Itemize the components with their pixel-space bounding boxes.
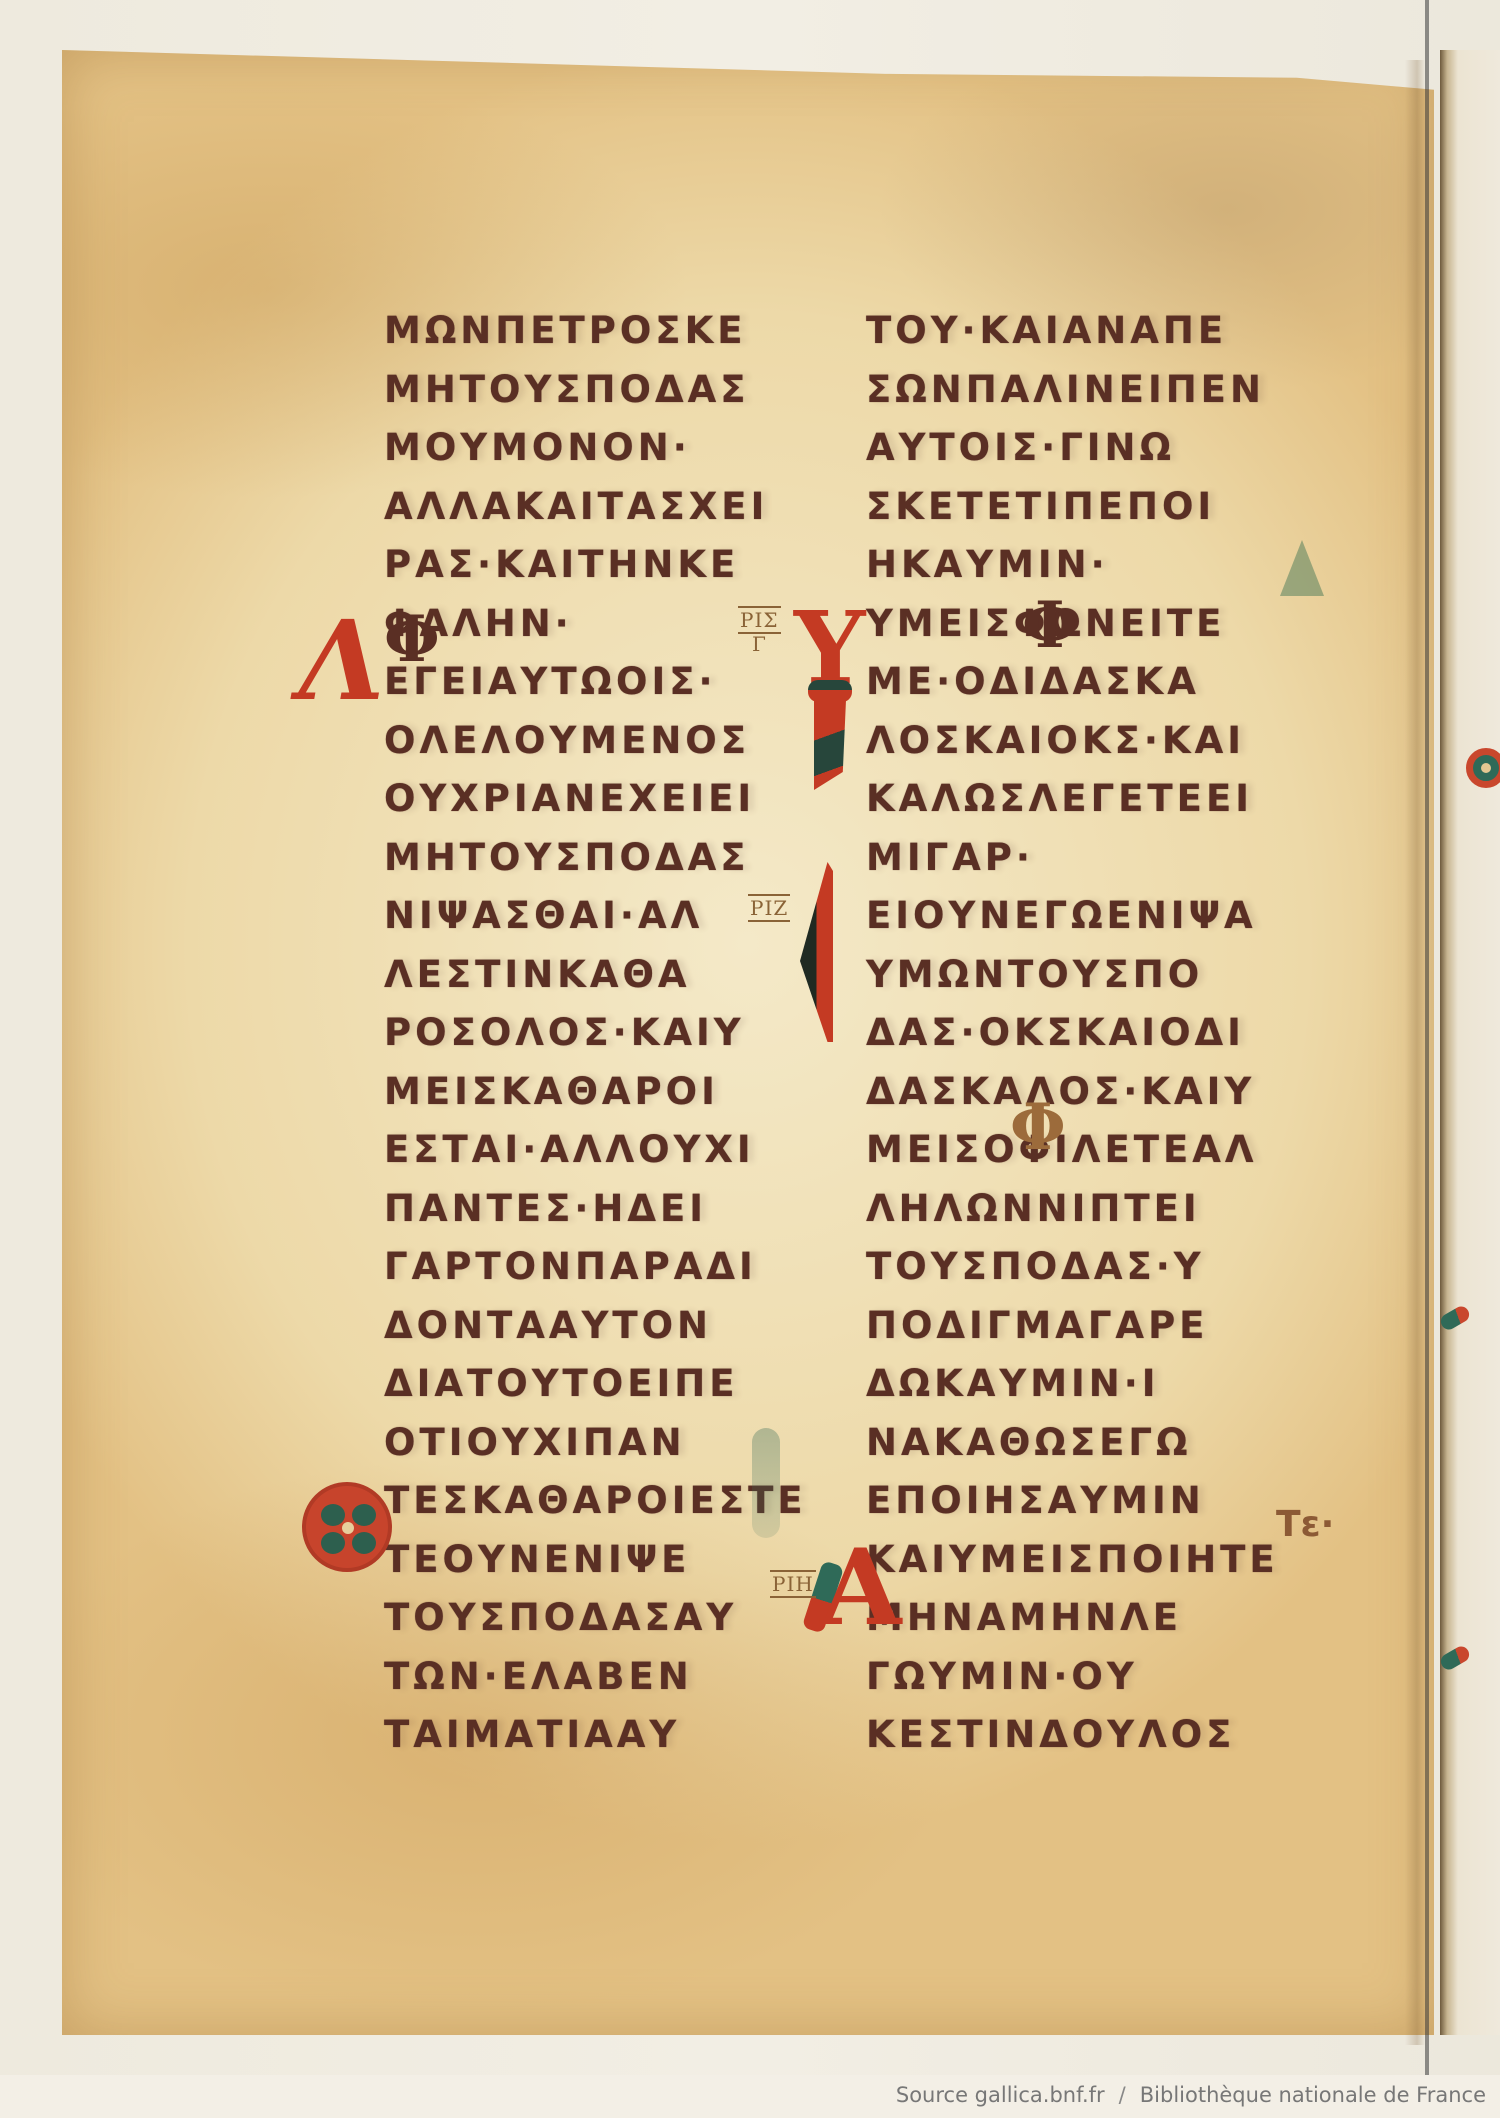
phi-letter-icon: Φ (1022, 588, 1078, 663)
manuscript-line: ΡΑΣ·ΚΑΙΤΗΝΚΕ (384, 536, 807, 595)
manuscript-line: ΔΟΝΤΑΑΥΤΟΝ (384, 1297, 807, 1356)
show-through-ornament-icon (1280, 540, 1324, 596)
manuscript-line: ΣΚΕΤΕΤΙΠΕΠΟΙ (866, 478, 1279, 537)
text-column-left: ΜΩΝΠΕΤΡΟΣΚΕ ΜΗΤΟΥΣΠΟΔΑΣ ΜΟΥΜΟΝΟΝ· ΑΛΛΑΚΑ… (384, 302, 807, 1765)
manuscript-line: ΚΑΛΩΣΛΕΓΕΤΕΕΙ (866, 770, 1279, 829)
manuscript-line: ΔΑΣ·ΟΚΣΚΑΙΟΔΙ (866, 1004, 1279, 1063)
manuscript-line: ΕΓΕΙΑΥΤΩΟΙΣ· (384, 653, 807, 712)
manuscript-line: ΜΗΤΟΥΣΠΟΔΑΣ (384, 361, 807, 420)
phi-letter-icon: Φ (384, 602, 440, 677)
manuscript-line: ΜΕΙΣΚΑΘΑΡΟΙ (384, 1063, 807, 1122)
manuscript-line: ΤΟΥΣΠΟΔΑΣ·Υ (866, 1238, 1279, 1297)
manuscript-line: ΤΟΥ·ΚΑΙΑΝΑΠΕ (866, 302, 1279, 361)
manuscript-line: ΛΕΣΤΙΝΚΑΘΑ (384, 946, 807, 1005)
manuscript-line: ΤΕΟΥΝΕΝΙΨΕ (384, 1531, 807, 1590)
manuscript-line: ΜΙΓΑΡ· (866, 829, 1279, 888)
manuscript-line: ΚΑΙΥΜΕΙΣΠΟΙΗΤΕ (866, 1531, 1279, 1590)
manuscript-line: ΝΑΚΑΘΩΣΕΓΩ (866, 1414, 1279, 1473)
roundel-ornament-icon (302, 1482, 392, 1572)
roundel-petal-icon (321, 1504, 345, 1526)
manuscript-line: ΕΣΤΑΙ·ΑΛΛΟΥΧΙ (384, 1121, 807, 1180)
roundel-petal-icon (352, 1504, 376, 1526)
lection-mark-icon (752, 1428, 780, 1538)
facing-leaf-roundel-icon (1466, 748, 1500, 788)
manuscript-line: ΟΥΧΡΙΑΝΕΧΕΙΕΙ (384, 770, 807, 829)
manuscript-line: ΚΕΣΤΙΝΔΟΥΛΟΣ (866, 1706, 1279, 1765)
manuscript-line: ΗΚΑΥΜΙΝ· (866, 536, 1279, 595)
initial-alpha-icon: Α (820, 1535, 901, 1640)
manuscript-line: ΔΑΣΚΑΛΟΣ·ΚΑΙΥ (866, 1063, 1279, 1122)
manuscript-line: ΜΕΙΣΟΦΙΛΕΤΕΑΛ (866, 1121, 1279, 1180)
manuscript-line: ΕΙΟΥΝΕΓΩΕΝΙΨΑ (866, 887, 1279, 946)
manuscript-line: ΜΗΝΑΜΗΝΛΕ (866, 1589, 1279, 1648)
manuscript-line: ΣΩΝΠΑΛΙΝΕΙΠΕΝ (866, 361, 1279, 420)
marginal-note-ris: ΡΙΣ Γ (738, 608, 781, 656)
roundel-center-icon (342, 1522, 354, 1534)
manuscript-line: ΑΥΤΟΙΣ·ΓΙΝΩ (866, 419, 1279, 478)
manuscript-line: ΥΜΩΝΤΟΥΣΠΟ (866, 946, 1279, 1005)
manuscript-line: ΜΩΝΠΕΤΡΟΣΚΕ (384, 302, 807, 361)
gutter-shadow (1405, 60, 1425, 2045)
manuscript-line: ΠΑΝΤΕΣ·ΗΔΕΙ (384, 1180, 807, 1239)
manuscript-line: ΟΛΕΛΟΥΜΕΝΟΣ (384, 712, 807, 771)
source-link[interactable]: Source gallica.bnf.fr (896, 2080, 1105, 2110)
facing-leaf-edge (1440, 50, 1500, 2035)
manuscript-line: ΑΛΛΑΚΑΙΤΑΣΧΕΙ (384, 478, 807, 537)
institution-name: Bibliothèque nationale de France (1140, 2080, 1486, 2110)
marginal-note-sub: Γ (738, 632, 767, 656)
manuscript-line: ΠΟΔΙΓΜΑΓΑΡΕ (866, 1297, 1279, 1356)
manuscript-line: ΛΟΣΚΑΙΟΚΣ·ΚΑΙ (866, 712, 1279, 771)
initial-upsilon-knot-icon (808, 680, 852, 702)
manuscript-line: ΝΙΨΑΣΘΑΙ·ΑΛ (384, 887, 807, 946)
marginal-note-text: ΡΙΣ (738, 606, 781, 634)
phi-letter-icon: Φ (1010, 1090, 1066, 1165)
manuscript-line: ΓΩΥΜΙΝ·ΟΥ (866, 1648, 1279, 1707)
rubric-addition: Τε· (1276, 1504, 1334, 1545)
marginal-note-text: ΡΙΗ (770, 1570, 816, 1598)
manuscript-line: ΤΟΥΣΠΟΔΑΣΑΥ (384, 1589, 807, 1648)
source-credit: Source gallica.bnf.fr / Bibliothèque nat… (896, 2080, 1486, 2110)
manuscript-line: ΤΕΣΚΑΘΑΡΟΙΕΣΤΕ (384, 1472, 807, 1531)
manuscript-line: ΔΙΑΤΟΥΤΟΕΙΠΕ (384, 1355, 807, 1414)
manuscript-line: ΤΑΙΜΑΤΙΑΑΥ (384, 1706, 807, 1765)
text-column-right: ΤΟΥ·ΚΑΙΑΝΑΠΕ ΣΩΝΠΑΛΙΝΕΙΠΕΝ ΑΥΤΟΙΣ·ΓΙΝΩ Σ… (866, 302, 1279, 1765)
roundel-petal-icon (321, 1532, 345, 1554)
manuscript-line: ΛΗΛΩΝΝΙΠΤΕΙ (866, 1180, 1279, 1239)
manuscript-line: ΟΤΙΟΥΧΙΠΑΝ (384, 1414, 807, 1473)
manuscript-line: ΔΩΚΑΥΜΙΝ·Ι (866, 1355, 1279, 1414)
credit-separator: / (1119, 2080, 1126, 2110)
marginal-note-riz: ΡΙΖ (748, 896, 790, 920)
manuscript-line: ΕΠΟΙΗΣΑΥΜΙΝ (866, 1472, 1279, 1531)
manuscript-line: ΜΗΤΟΥΣΠΟΔΑΣ (384, 829, 807, 888)
manuscript-line: ΓΑΡΤΟΝΠΑΡΑΔΙ (384, 1238, 807, 1297)
manuscript-line: ΜΟΥΜΟΝΟΝ· (384, 419, 807, 478)
manuscript-line: ΡΟΣΟΛΟΣ·ΚΑΙΥ (384, 1004, 807, 1063)
binding-gutter (1425, 0, 1429, 2075)
roundel-petal-icon (352, 1532, 376, 1554)
manuscript-line: ΤΩΝ·ΕΛΑΒΕΝ (384, 1648, 807, 1707)
marginal-note-text: ΡΙΖ (748, 894, 790, 922)
marginal-note-rin: ΡΙΗ (770, 1572, 816, 1596)
